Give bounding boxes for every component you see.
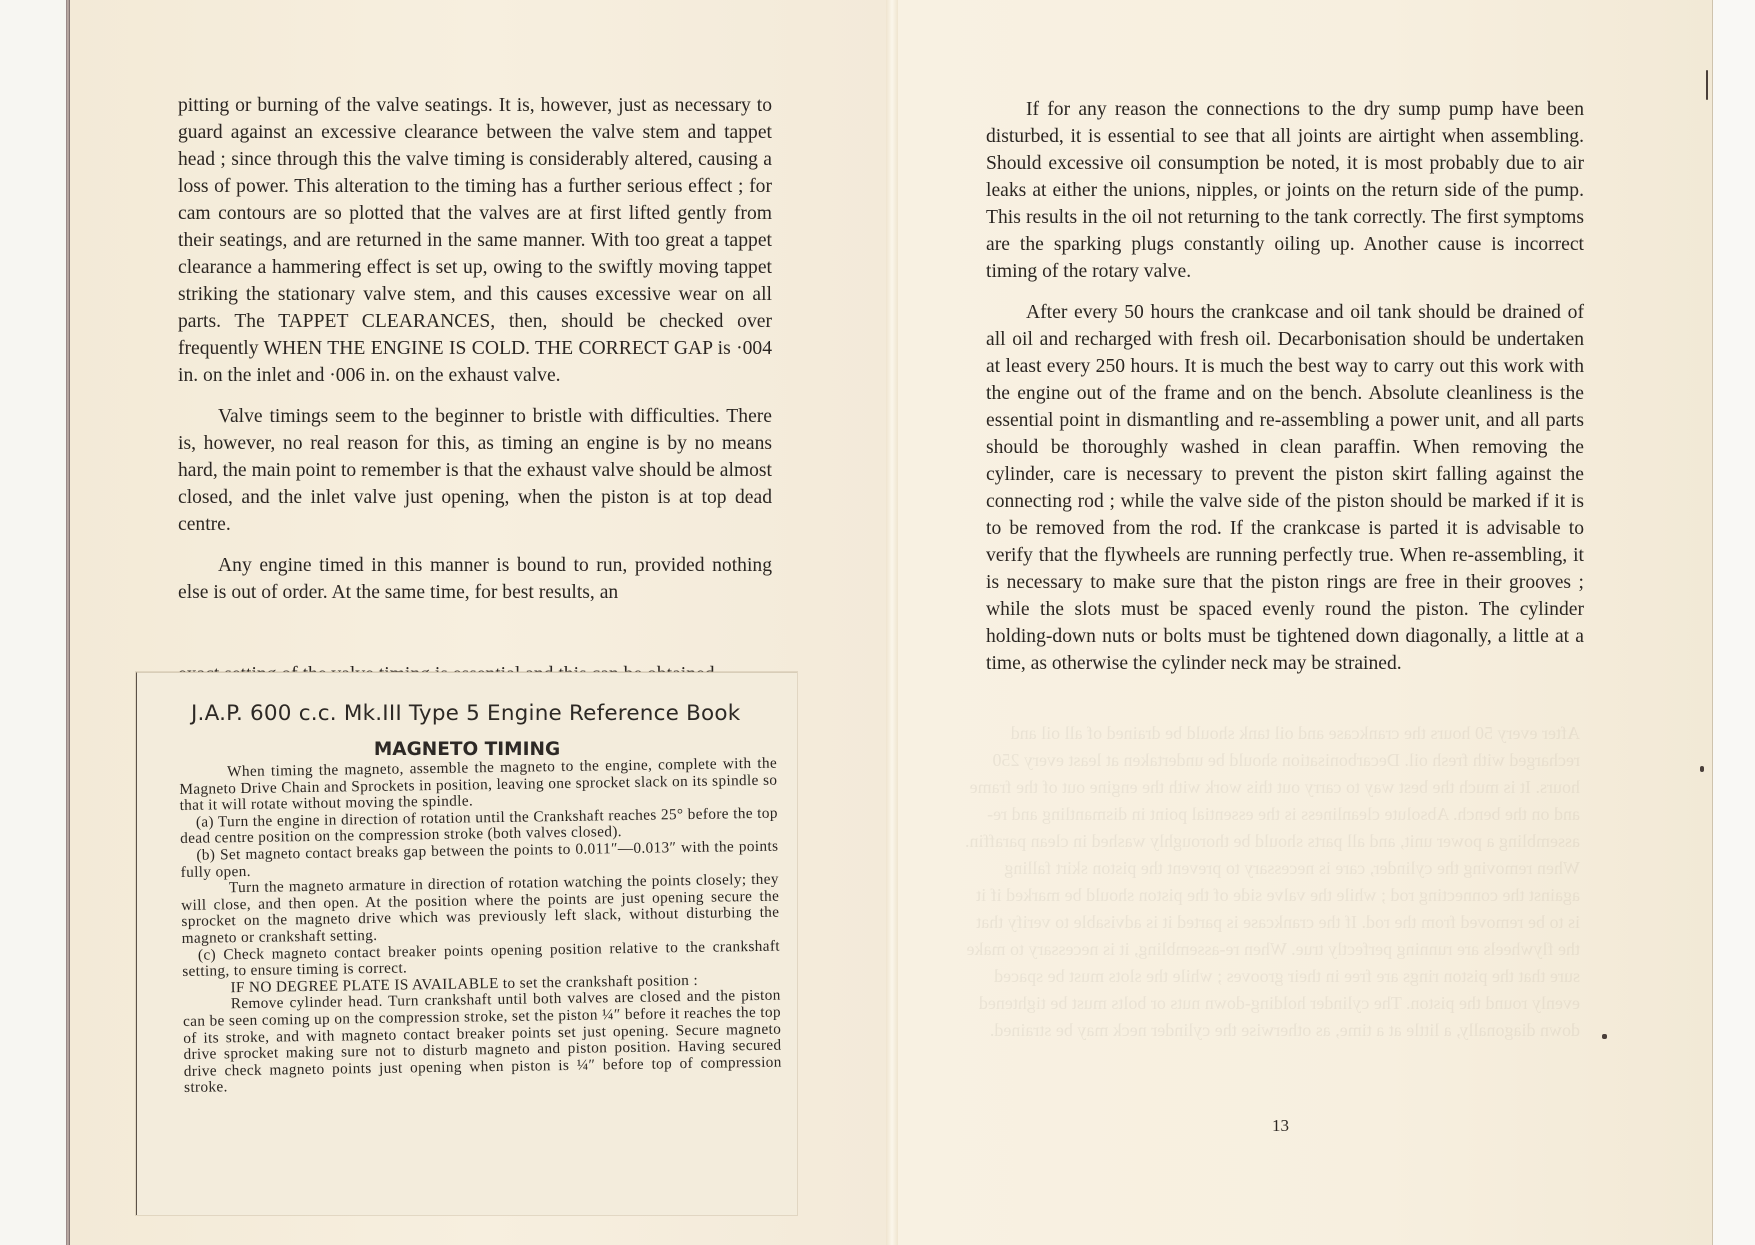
insert-paragraph: Remove cylinder head. Turn crankshaft un… [183, 988, 782, 1097]
paragraph: Any engine timed in this manner is bound… [178, 552, 772, 606]
magneto-timing-insert: J.A.P. 600 c.c. Mk.III Type 5 Engine Ref… [136, 672, 797, 1215]
paper-speck [1602, 1034, 1607, 1039]
paper-speck [1700, 766, 1704, 772]
left-page-text: pitting or burning of the valve seatings… [178, 92, 772, 620]
paper-speck [1706, 70, 1708, 100]
page-number: 13 [1272, 1116, 1289, 1136]
paragraph: If for any reason the connections to the… [986, 96, 1584, 285]
insert-title: J.A.P. 600 c.c. Mk.III Type 5 Engine Ref… [191, 701, 771, 726]
show-through-text: After every 50 hours the crankcase and o… [960, 720, 1580, 1100]
right-page-text: If for any reason the connections to the… [986, 96, 1584, 691]
scan-background-left [0, 0, 68, 1245]
scan-background-right [1713, 0, 1755, 1245]
book-gutter [886, 0, 898, 1245]
insert-body: When timing the magneto, assemble the ma… [179, 756, 782, 1097]
paragraph: After every 50 hours the crankcase and o… [986, 299, 1584, 677]
insert-paragraph: Turn the magneto armature in direction o… [181, 872, 780, 948]
paragraph: Valve timings seem to the beginner to br… [178, 403, 772, 538]
paragraph: pitting or burning of the valve seatings… [178, 92, 772, 389]
